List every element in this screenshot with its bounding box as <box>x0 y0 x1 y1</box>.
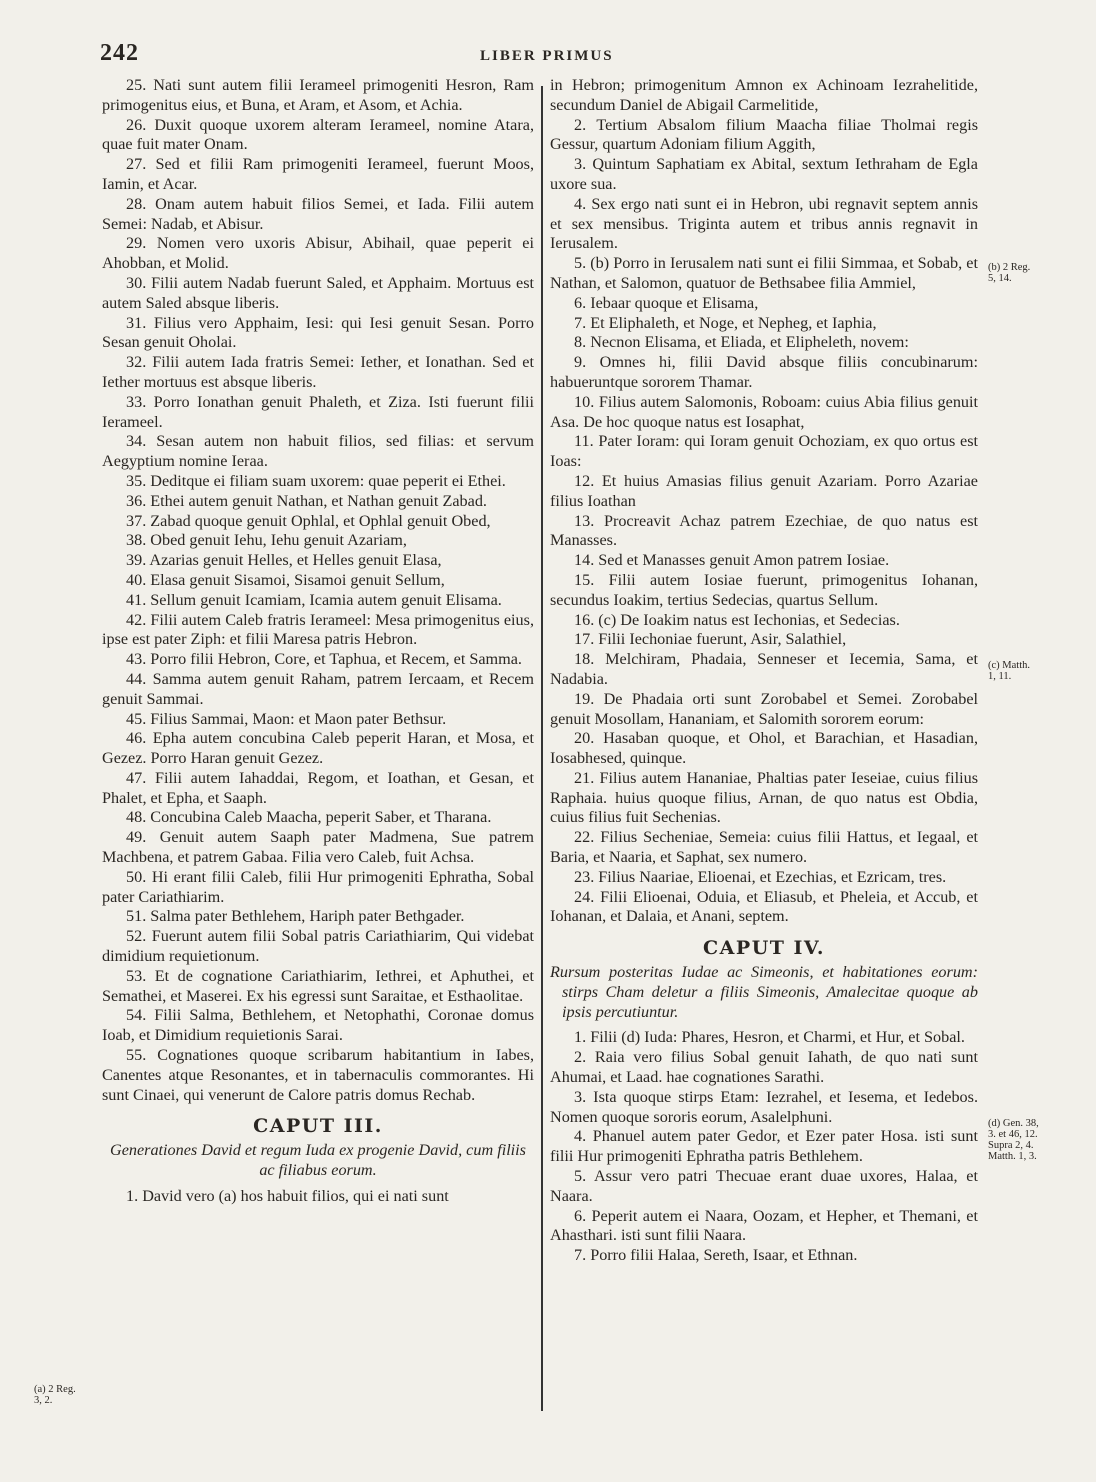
verse: 3. Ista quoque stirps Etam: Iezrahel, et… <box>550 1088 978 1128</box>
verse: 24. Filii Elioenai, Oduia, et Eliasub, e… <box>550 888 978 928</box>
verse: 9. Omnes hi, filii David absque filiis c… <box>550 353 978 393</box>
verse: 8. Necnon Elisama, et Eliada, et Eliphel… <box>550 333 978 353</box>
verse: 30. Filii autem Nadab fuerunt Saled, et … <box>102 274 534 314</box>
verse: 51. Salma pater Bethlehem, Hariph pater … <box>102 907 534 927</box>
verse: 2. Raia vero filius Sobal genuit Iahath,… <box>550 1048 978 1088</box>
margin-note-a: (a) 2 Reg. 3, 2. <box>34 1384 76 1406</box>
chapter-title: CAPUT IV. <box>550 939 978 959</box>
verse: 36. Ethei autem genuit Nathan, et Nathan… <box>102 492 534 512</box>
margin-note-b: (b) 2 Reg. 5, 14. <box>988 262 1030 284</box>
verse: 19. De Phadaia orti sunt Zorobabel et Se… <box>550 690 978 730</box>
verse: 50. Hi erant filii Caleb, filii Hur prim… <box>102 868 534 908</box>
verse: 5. Assur vero patri Thecuae erant duae u… <box>550 1167 978 1207</box>
verse: 32. Filii autem Iada fratris Semei: Ieth… <box>102 353 534 393</box>
verse: 4. Sex ergo nati sunt ei in Hebron, ubi … <box>550 195 978 254</box>
verse: 6. Iebaar quoque et Elisama, <box>550 294 978 314</box>
verse: 4. Phanuel autem pater Gedor, et Ezer pa… <box>550 1127 978 1167</box>
verse: 53. Et de cognatione Cariathiarim, Iethr… <box>102 967 534 1007</box>
right-column: in Hebron; primogenitum Amnon ex Achinoa… <box>550 76 978 1266</box>
book-page: 242 LIBER PRIMUS 25. Nati sunt autem fil… <box>0 0 1096 1482</box>
verse: 41. Sellum genuit Icamiam, Icamia autem … <box>102 591 534 611</box>
verse: 29. Nomen vero uxoris Abisur, Abihail, q… <box>102 234 534 274</box>
verse: 17. Filii Iechoniae fuerunt, Asir, Salat… <box>550 630 978 650</box>
verse: 48. Concubina Caleb Maacha, peperit Sabe… <box>102 808 534 828</box>
verse: 35. Deditque ei filiam suam uxorem: quae… <box>102 472 534 492</box>
margin-note-line: Supra 2, 4. <box>988 1140 1039 1151</box>
verse: 2. Tertium Absalom filium Maacha filiae … <box>550 116 978 156</box>
verse: 1. Filii (d) Iuda: Phares, Hesron, et Ch… <box>550 1028 978 1048</box>
verse: 12. Et huius Amasias filius genuit Azari… <box>550 472 978 512</box>
verse: 47. Filii autem Iahaddai, Regom, et Ioat… <box>102 769 534 809</box>
verse: 33. Porro Ionathan genuit Phaleth, et Zi… <box>102 393 534 433</box>
margin-note-line: 3, 2. <box>34 1395 76 1406</box>
verse: 16. (c) De Ioakim natus est Iechonias, e… <box>550 611 978 631</box>
verse: 15. Filii autem Iosiae fuerunt, primogen… <box>550 571 978 611</box>
verse: 44. Samma autem genuit Raham, patrem Ier… <box>102 670 534 710</box>
verse: 39. Azarias genuit Helles, et Helles gen… <box>102 551 534 571</box>
running-title: LIBER PRIMUS <box>480 48 614 65</box>
verse: 52. Fuerunt autem filii Sobal patris Car… <box>102 927 534 967</box>
verse: 13. Procreavit Achaz patrem Ezechiae, de… <box>550 512 978 552</box>
verse: 43. Porro filii Hebron, Core, et Taphua,… <box>102 650 534 670</box>
margin-note-line: 1, 11. <box>988 671 1030 682</box>
verse: 34. Sesan autem non habuit filios, sed f… <box>102 432 534 472</box>
left-column: 25. Nati sunt autem filii Ierameel primo… <box>102 76 534 1207</box>
margin-note-line: 3. et 46, 12. <box>988 1129 1039 1140</box>
verse: 7. Et Eliphaleth, et Noge, et Nepheg, et… <box>550 314 978 334</box>
verse: 40. Elasa genuit Sisamoi, Sisamoi genuit… <box>102 571 534 591</box>
verse: 14. Sed et Manasses genuit Amon patrem I… <box>550 551 978 571</box>
margin-note-line: (c) Matth. <box>988 660 1030 671</box>
verse: 7. Porro filii Halaa, Sereth, Isaar, et … <box>550 1246 978 1266</box>
verse: 25. Nati sunt autem filii Ierameel primo… <box>102 76 534 116</box>
verse: 11. Pater Ioram: qui Ioram genuit Ochozi… <box>550 432 978 472</box>
margin-note-line: (a) 2 Reg. <box>34 1384 76 1395</box>
margin-note-line: Matth. 1, 3. <box>988 1151 1039 1162</box>
column-divider <box>541 86 543 1411</box>
verse: 1. David vero (a) hos habuit filios, qui… <box>102 1187 534 1207</box>
verse: 28. Onam autem habuit filios Semei, et I… <box>102 195 534 235</box>
verse: 38. Obed genuit Iehu, Iehu genuit Azaria… <box>102 531 534 551</box>
verse-continuation: in Hebron; primogenitum Amnon ex Achinoa… <box>550 76 978 116</box>
verse: 22. Filius Secheniae, Semeia: cuius fili… <box>550 828 978 868</box>
verse: 31. Filius vero Apphaim, Iesi: qui Iesi … <box>102 314 534 354</box>
verse: 5. (b) Porro in Ierusalem nati sunt ei f… <box>550 254 978 294</box>
verse: 20. Hasaban quoque, et Ohol, et Barachia… <box>550 729 978 769</box>
margin-note-d: (d) Gen. 38, 3. et 46, 12. Supra 2, 4. M… <box>988 1118 1039 1162</box>
verse: 27. Sed et filii Ram primogeniti Ieramee… <box>102 155 534 195</box>
verse: 18. Melchiram, Phadaia, Senneser et Iece… <box>550 650 978 690</box>
chapter-title: CAPUT III. <box>102 1117 534 1137</box>
verse: 21. Filius autem Hananiae, Phaltias pate… <box>550 769 978 828</box>
running-head: 242 LIBER PRIMUS <box>100 40 980 70</box>
verse: 23. Filius Naariae, Elioenai, et Ezechia… <box>550 868 978 888</box>
verse: 3. Quintum Saphatiam ex Abital, sextum I… <box>550 155 978 195</box>
verse: 26. Duxit quoque uxorem alteram Ierameel… <box>102 116 534 156</box>
verse: 6. Peperit autem ei Naara, Oozam, et Hep… <box>550 1207 978 1247</box>
margin-note-line: 5, 14. <box>988 273 1030 284</box>
verse: 55. Cognationes quoque scribarum habitan… <box>102 1046 534 1105</box>
verse: 46. Epha autem concubina Caleb peperit H… <box>102 729 534 769</box>
margin-note-line: (b) 2 Reg. <box>988 262 1030 273</box>
verse: 49. Genuit autem Saaph pater Madmena, Su… <box>102 828 534 868</box>
verse: 42. Filii autem Caleb fratris Ierameel: … <box>102 611 534 651</box>
verse: 37. Zabad quoque genuit Ophlal, et Ophla… <box>102 512 534 532</box>
verse: 10. Filius autem Salomonis, Roboam: cuiu… <box>550 393 978 433</box>
chapter-summary: Generationes David et regum Iuda ex prog… <box>102 1141 534 1181</box>
verse: 45. Filius Sammai, Maon: et Maon pater B… <box>102 710 534 730</box>
page-number: 242 <box>100 40 139 67</box>
margin-note-line: (d) Gen. 38, <box>988 1118 1039 1129</box>
verse: 54. Filii Salma, Bethlehem, et Netophath… <box>102 1006 534 1046</box>
chapter-summary: Rursum posteritas Iudae ac Simeonis, et … <box>550 963 978 1022</box>
margin-note-c: (c) Matth. 1, 11. <box>988 660 1030 682</box>
